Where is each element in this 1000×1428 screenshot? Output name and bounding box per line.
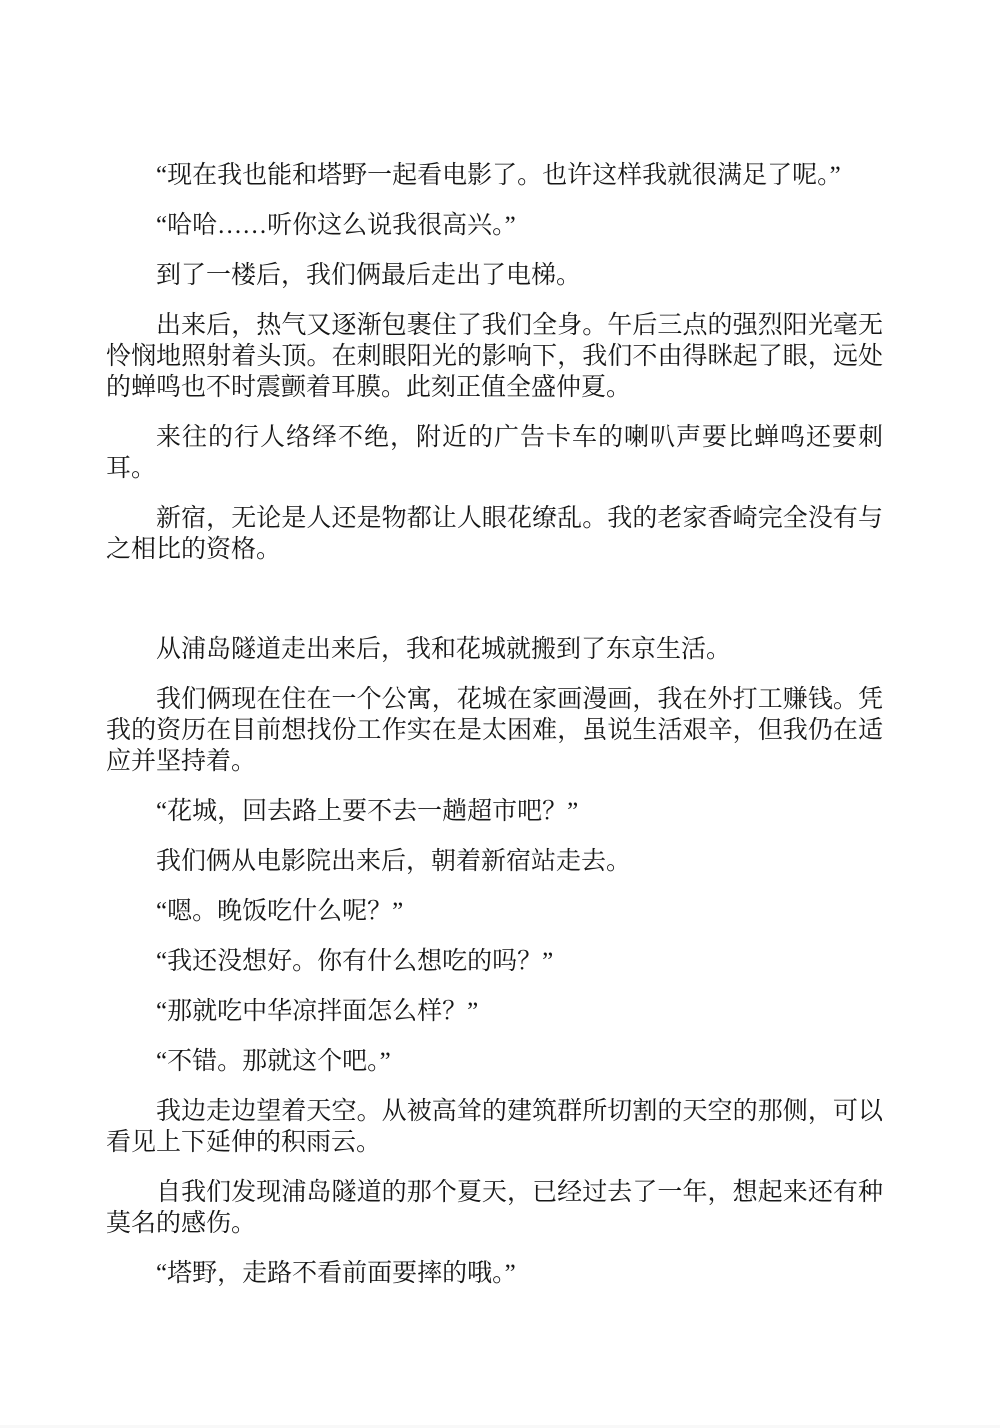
paragraph-dialogue: “那就吃中华凉拌面怎么样？” (106, 996, 883, 1027)
paragraph-narration: 自我们发现浦岛隧道的那个夏天，已经过去了一年，想起来还有种莫名的感伤。 (106, 1177, 883, 1239)
paragraph-dialogue: “嗯。晚饭吃什么呢？” (106, 896, 883, 927)
paragraph-dialogue: “花城，回去路上要不去一趟超市吧？” (106, 796, 883, 827)
scene-break (106, 584, 883, 615)
paragraph-narration: 出来后，热气又逐渐包裹住了我们全身。午后三点的强烈阳光毫无怜悯地照射着头顶。在刺… (106, 310, 883, 403)
paragraph-dialogue: “现在我也能和塔野一起看电影了。也许这样我就很满足了呢。” (106, 160, 883, 191)
paragraph-narration: 我们俩从电影院出来后，朝着新宿站走去。 (106, 846, 883, 877)
paragraph-dialogue: “哈哈……听你这么说我很高兴。” (106, 210, 883, 241)
page-text: “现在我也能和塔野一起看电影了。也许这样我就很满足了呢。”“哈哈……听你这么说我… (106, 160, 883, 1308)
paragraph-narration: 我边走边望着天空。从被高耸的建筑群所切割的天空的那侧，可以看见上下延伸的积雨云。 (106, 1096, 883, 1158)
book-page: “现在我也能和塔野一起看电影了。也许这样我就很满足了呢。”“哈哈……听你这么说我… (0, 0, 1000, 1428)
paragraph-narration: 来往的行人络绎不绝，附近的广告卡车的喇叭声要比蝉鸣还要刺耳。 (106, 422, 883, 484)
paragraph-dialogue: “塔野，走路不看前面要摔的哦。” (106, 1258, 883, 1289)
paragraph-narration: 新宿，无论是人还是物都让人眼花缭乱。我的老家香崎完全没有与之相比的资格。 (106, 503, 883, 565)
paragraph-narration: 从浦岛隧道走出来后，我和花城就搬到了东京生活。 (106, 634, 883, 665)
paragraph-narration: 我们俩现在住在一个公寓，花城在家画漫画，我在外打工赚钱。凭我的资历在目前想找份工… (106, 684, 883, 777)
paragraph-narration: 到了一楼后，我们俩最后走出了电梯。 (106, 260, 883, 291)
paragraph-dialogue: “不错。那就这个吧。” (106, 1046, 883, 1077)
paragraph-dialogue: “我还没想好。你有什么想吃的吗？” (106, 946, 883, 977)
